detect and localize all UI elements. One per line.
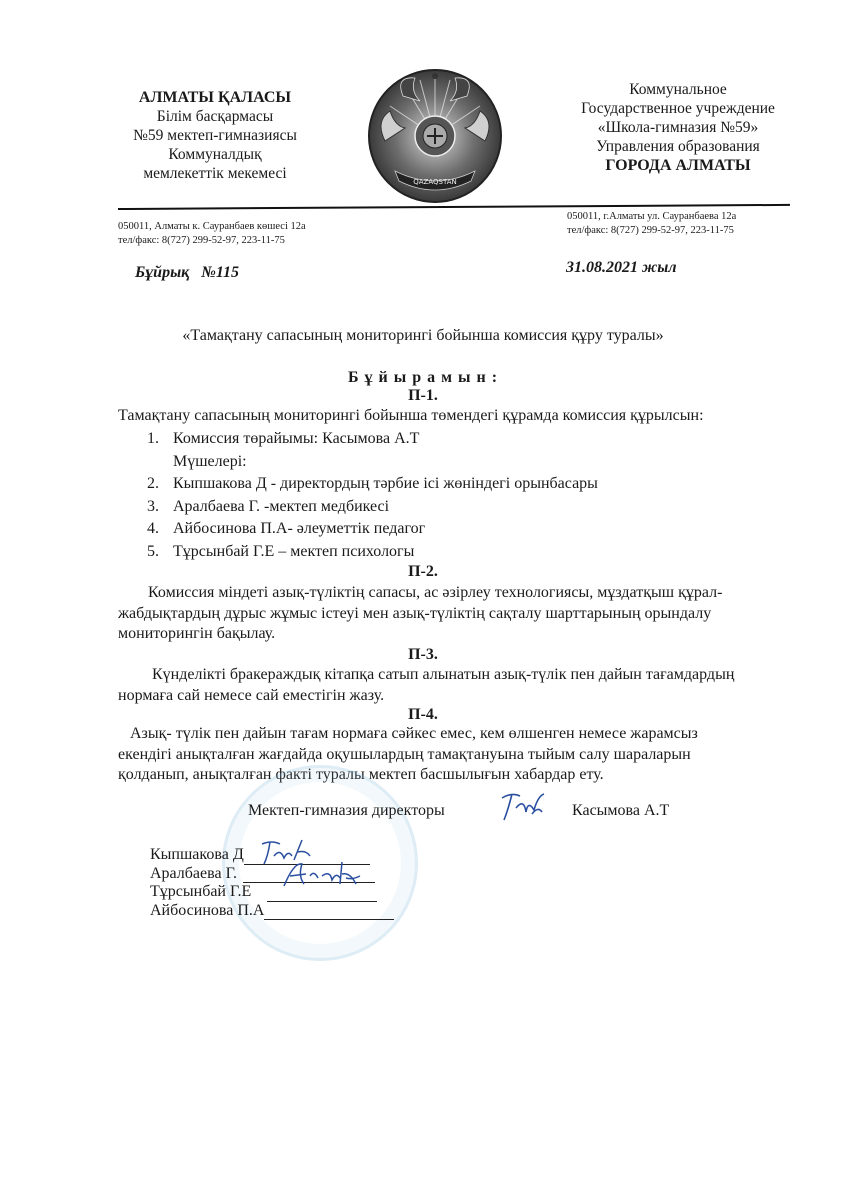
section-3-heading: П-3. bbox=[0, 646, 846, 664]
header-right-line1: Коммунальное bbox=[548, 80, 808, 99]
section-4-body: Азық- түлік пен дайын тағам нормаға сәйк… bbox=[118, 724, 698, 786]
address-kazakh-street: 050011, Алматы к. Сауранбаев көшесі 12а bbox=[118, 220, 306, 234]
header-left-line2: Білім басқармасы bbox=[100, 107, 330, 126]
order-title: «Тамақтану сапасының мониторингі бойынша… bbox=[0, 327, 846, 345]
director-signature bbox=[498, 790, 548, 832]
header-right-line2: Государственное учреждение bbox=[548, 99, 808, 118]
section-2-body: Комиссия міндеті азық-түліктің сапасы, а… bbox=[118, 583, 722, 645]
header-right-line4: Управления образования bbox=[548, 137, 808, 156]
address-kazakh-phone: тел/факс: 8(727) 299-52-97, 223-11-75 bbox=[118, 234, 306, 248]
section-1-intro: Тамақтану сапасының мониторингі бойынша … bbox=[118, 406, 704, 427]
header-left-line3: №59 мектеп-гимназиясы bbox=[100, 126, 330, 145]
header-left-line4: Коммуналдық bbox=[100, 145, 330, 164]
section-2-heading: П-2. bbox=[0, 563, 846, 581]
list-item: 4.Айбосинова П.А- әлеуметтік педагог bbox=[147, 518, 598, 541]
header-left-line5: мемлекеттік мекемесі bbox=[100, 164, 330, 183]
list-item: 5.Тұрсынбай Г.Е – мектеп психологы bbox=[147, 541, 598, 564]
order-number: Бұйрық №115 bbox=[135, 264, 239, 282]
address-kazakh: 050011, Алматы к. Сауранбаев көшесі 12а … bbox=[118, 220, 306, 248]
order-date: 31.08.2021 жыл bbox=[566, 259, 677, 277]
header-right-line3: «Школа-гимназия №59» bbox=[548, 118, 808, 137]
header-left-kazakh: АЛМАТЫ ҚАЛАСЫ Білім басқармасы №59 мекте… bbox=[100, 88, 330, 183]
address-russian-phone: тел/факс: 8(727) 299-52-97, 223-11-75 bbox=[567, 224, 736, 238]
city-russian: ГОРОДА АЛМАТЫ bbox=[548, 156, 808, 175]
signature-line bbox=[264, 905, 394, 920]
city-kazakh: АЛМАТЫ ҚАЛАСЫ bbox=[100, 88, 330, 107]
kazakhstan-state-emblem-icon: QAZAQSTAN bbox=[365, 66, 505, 206]
list-item: 2.Кыпшакова Д - директордың тәрбие ісі ж… bbox=[147, 473, 598, 496]
address-russian: 050011, г.Алматы ул. Сауранбаева 12а тел… bbox=[567, 210, 736, 238]
list-item: 3.Аралбаева Г. -мектеп медбикесі bbox=[147, 496, 598, 519]
commission-list: 1.Комиссия төрайымы: Касымова А.Т Мүшеле… bbox=[147, 428, 598, 564]
aralbaeva-signature bbox=[280, 858, 380, 895]
section-4-heading: П-4. bbox=[0, 706, 846, 724]
address-russian-street: 050011, г.Алматы ул. Сауранбаева 12а bbox=[567, 210, 736, 224]
list-item: 1.Комиссия төрайымы: Касымова А.Т bbox=[147, 428, 598, 451]
list-item: Мүшелері: bbox=[147, 451, 598, 474]
director-position: Мектеп-гимназия директоры bbox=[248, 802, 445, 820]
section-1-heading: П-1. bbox=[0, 387, 846, 405]
acknowledgement-row: Айбосинова П.А bbox=[150, 902, 394, 921]
section-3-body: Күнделікті бракераждық кітапқа сатып алы… bbox=[118, 665, 734, 706]
header-right-russian: Коммунальное Государственное учреждение … bbox=[548, 80, 808, 175]
svg-text:QAZAQSTAN: QAZAQSTAN bbox=[413, 178, 456, 186]
decree-heading: Б ұ й ы р а м ы н : bbox=[0, 369, 846, 387]
director-name: Касымова А.Т bbox=[572, 802, 669, 820]
